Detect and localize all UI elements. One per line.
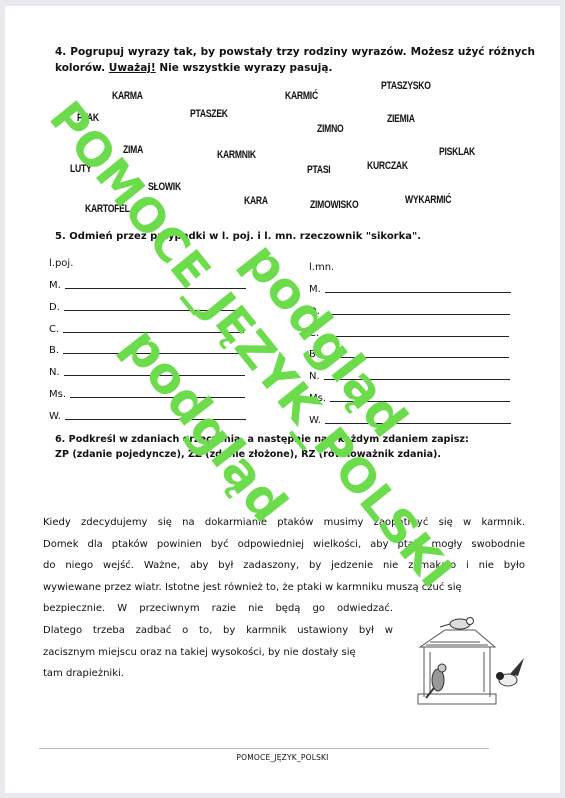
word-item: PISKLAK — [439, 146, 475, 158]
case-label: B. — [49, 345, 59, 356]
bird-right-icon — [496, 658, 524, 686]
word-item: ZIEMIA — [387, 113, 415, 125]
answer-line[interactable] — [323, 335, 509, 337]
word-item: KARMA — [112, 90, 143, 102]
plural-row: N. — [309, 371, 510, 382]
answer-line[interactable] — [325, 422, 511, 424]
answer-line[interactable] — [330, 400, 510, 402]
word-item: SŁOWIK — [148, 181, 181, 193]
bird-left-icon — [426, 664, 446, 698]
answer-line[interactable] — [64, 374, 245, 376]
paragraph-line: Domek dla ptaków powinien być odpowiedni… — [43, 534, 525, 556]
singular-label: l.poj. — [49, 258, 73, 269]
case-label: Ms. — [309, 393, 326, 404]
paragraph-line: wywiewane przez wiatr. Istotne jest równ… — [43, 577, 525, 599]
paragraph-line: Kiedy zdecydujemy się na dokarmianie pta… — [43, 512, 525, 534]
paragraph-line: tam drapieżniki. — [43, 663, 393, 685]
answer-line[interactable] — [65, 418, 246, 420]
case-label: M. — [49, 280, 61, 291]
case-label: W. — [309, 415, 321, 426]
singular-row: M. — [49, 280, 246, 291]
case-label: C. — [309, 328, 319, 339]
word-item: KARMNIK — [217, 149, 256, 161]
singular-row: W. — [49, 411, 246, 422]
paragraph-line: bezpiecznie. W przeciwnym razie nie będą… — [43, 598, 393, 620]
plural-row: D. — [309, 306, 510, 317]
word-item: KARA — [244, 195, 268, 207]
word-item: WYKARMIĆ — [405, 194, 451, 206]
word-item: KARTOFEL — [85, 203, 130, 215]
answer-line[interactable] — [64, 309, 245, 311]
word-item: PTAK — [77, 112, 99, 124]
word-item: ZIMA — [123, 144, 143, 156]
answer-line[interactable] — [323, 356, 509, 358]
paragraph-line: zacisznym miejscu oraz na takiej wysokoś… — [43, 642, 393, 664]
case-label: D. — [309, 306, 320, 317]
singular-row: N. — [49, 367, 245, 378]
task6-line-1: 6. Podkreśl w zdaniach orzeczenia, a nas… — [55, 432, 535, 447]
case-label: M. — [309, 284, 321, 295]
plural-row: C. — [309, 328, 509, 339]
paragraph-line: Dlatego trzeba zadbać o to, by karmnik u… — [43, 620, 393, 642]
case-label: D. — [49, 302, 60, 313]
word-item: LUTY — [70, 163, 91, 175]
singular-row: Ms. — [49, 389, 245, 400]
answer-line[interactable] — [324, 313, 510, 315]
answer-line[interactable] — [325, 291, 511, 293]
answer-line[interactable] — [324, 378, 510, 380]
footer-divider — [39, 748, 489, 749]
plural-row: W. — [309, 415, 511, 426]
singular-row: B. — [49, 345, 244, 356]
case-label: Ms. — [49, 389, 66, 400]
word-item: PTASZYSKO — [381, 80, 431, 92]
task4-text-2: Nie wszystkie wyrazy pasują. — [156, 62, 333, 74]
word-item: PTASI — [307, 164, 330, 176]
plural-row: M. — [309, 284, 511, 295]
answer-line[interactable] — [63, 331, 244, 333]
task5-instruction: 5. Odmień przez przypadki w l. poj. i l.… — [55, 229, 535, 245]
singular-row: D. — [49, 302, 245, 313]
case-label: N. — [309, 371, 320, 382]
word-item: KARMIĆ — [285, 90, 318, 102]
task4-warning: Uważaj! — [109, 62, 156, 74]
word-item: ZIMNO — [317, 123, 343, 135]
plural-row: Ms. — [309, 393, 510, 404]
case-label: B. — [309, 349, 319, 360]
plural-label: l.mn. — [309, 262, 334, 273]
footer-text: POMOCE_JĘZYK_POLSKI — [5, 753, 560, 762]
worksheet-page: 4. Pogrupuj wyrazy tak, by powstały trzy… — [5, 6, 560, 793]
answer-line[interactable] — [63, 352, 244, 354]
word-item: ZIMOWISKO — [310, 199, 358, 211]
case-label: W. — [49, 411, 61, 422]
paragraph-line: do niego wejść. Ważne, aby był zadaszony… — [43, 555, 525, 577]
bird-feeder-illustration — [400, 602, 530, 712]
bird-top-icon — [440, 618, 474, 630]
case-label: C. — [49, 324, 59, 335]
plural-row: B. — [309, 349, 509, 360]
word-item: PTASZEK — [190, 108, 228, 120]
task6-line-2: ZP (zdanie pojedyncze), ZZ (zdanie złożo… — [55, 447, 535, 462]
word-item: KURCZAK — [367, 160, 408, 172]
task6-instruction: 6. Podkreśl w zdaniach orzeczenia, a nas… — [55, 432, 535, 462]
answer-line[interactable] — [70, 396, 245, 398]
task4-instruction: 4. Pogrupuj wyrazy tak, by powstały trzy… — [55, 44, 535, 76]
singular-row: C. — [49, 324, 244, 335]
case-label: N. — [49, 367, 60, 378]
answer-line[interactable] — [65, 287, 246, 289]
